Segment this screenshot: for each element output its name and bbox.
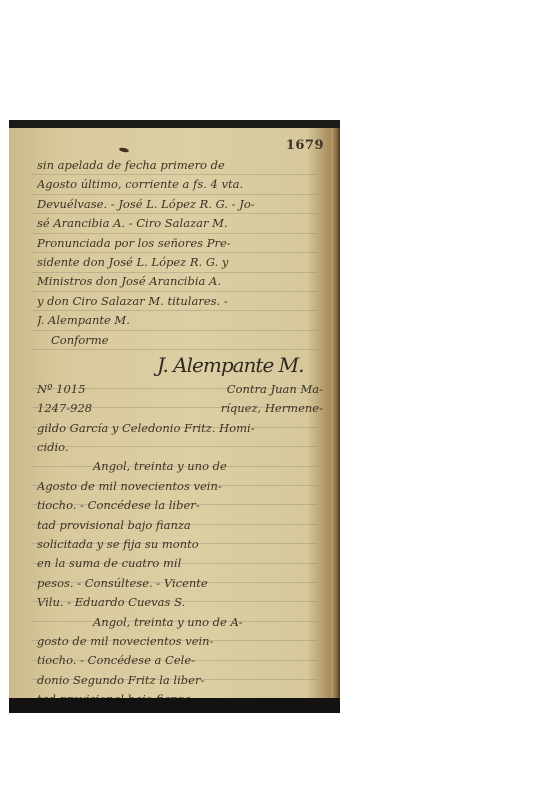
text-line: gildo García y Celedonio Fritz. Homi- — [37, 419, 323, 438]
entry-header: Nº 1015 Contra Juan Ma- — [37, 380, 323, 399]
text-line: en la suma de cuatro mil — [37, 554, 323, 573]
text-line: sé Arancibia A. - Ciro Salazar M. — [37, 214, 323, 233]
text-line: solicitada y se fija su monto — [37, 535, 323, 554]
text-line: Ministros don José Arancibia A. — [37, 272, 323, 291]
text-line: J. Alempante M. — [37, 311, 323, 330]
ink-blot — [119, 147, 130, 153]
entry-parties: Contra Juan Ma- — [227, 380, 323, 399]
signature: J. Alempante M. — [37, 350, 323, 380]
document-scan: 1679 sin apelada de fecha primero de Ago… — [9, 120, 340, 713]
text-line: tiocho. - Concédese a Cele- — [37, 651, 323, 670]
text-line: y don Ciro Salazar M. titulares. - — [37, 292, 323, 311]
text-line: Pronunciada por los señores Pre- — [37, 234, 323, 253]
ledger-page: 1679 sin apelada de fecha primero de Ago… — [9, 128, 340, 698]
text-line: Devuélvase. - José L. López R. G. - Jo- — [37, 195, 323, 214]
text-line: pesos. - Consúltese. - Vicente — [37, 574, 323, 593]
text-line: Agosto de mil novecientos vein- — [37, 477, 323, 496]
entry-parties: ríquez, Hermene- — [221, 399, 323, 418]
text-line: Angol, treinta y uno de — [37, 457, 323, 476]
text-line: Vilu. - Eduardo Cuevas S. — [37, 593, 323, 612]
text-line: Angol, treinta y uno de A- — [37, 613, 323, 632]
text-line: tad provisional bajo fianza — [37, 516, 323, 535]
case-reference: 1247-928 — [37, 399, 92, 418]
conforme-label: Conforme — [37, 331, 323, 350]
entry-number: Nº 1015 — [37, 380, 85, 399]
text-line: sin apelada de fecha primero de — [37, 156, 323, 175]
text-line: Agosto último, corriente a fs. 4 vta. — [37, 175, 323, 194]
text-line: donio Segundo Fritz la liber- — [37, 671, 323, 690]
text-line: sidente don José L. López R. G. y — [37, 253, 323, 272]
page-number: 1679 — [286, 138, 324, 153]
handwritten-text: sin apelada de fecha primero de Agosto ú… — [37, 156, 323, 698]
text-line: tad provisional bajo fianza — [37, 690, 323, 698]
text-line: cidio. — [37, 438, 323, 457]
text-line: gosto de mil novecientos vein- — [37, 632, 323, 651]
entry-header: 1247-928 ríquez, Hermene- — [37, 399, 323, 418]
text-line: tiocho. - Concédese la liber- — [37, 496, 323, 515]
scan-border-bottom — [9, 698, 340, 713]
page-edge — [331, 128, 340, 698]
